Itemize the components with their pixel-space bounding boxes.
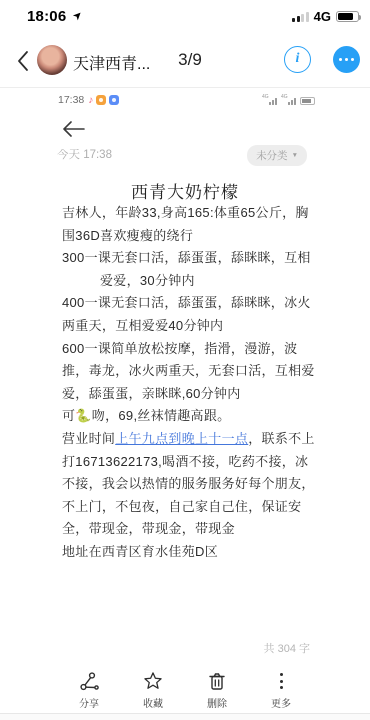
note-line: 300一课无套口活，舔蛋蛋，舔眯眯，互相 (62, 247, 312, 270)
note-line: 600一课简单放松按摩，指滑，漫游，波 (62, 338, 312, 361)
note-text: ，联系不上 (248, 431, 315, 446)
favorite-button[interactable]: 收藏 (127, 668, 179, 714)
viewer-header: 天津西青... 3/9 i (0, 32, 370, 88)
business-hours-link[interactable]: 上午九点到晚上十一点 (115, 431, 248, 446)
network-type: 4G (314, 9, 331, 24)
inner-status-bar: 17:38 ♪ (58, 93, 315, 107)
note-line: 全，带现金，带现金，带现金 (62, 518, 312, 541)
more-label: 更多 (271, 695, 291, 710)
location-arrow-icon: ➤ (70, 8, 86, 24)
note-line: 爱，舔蛋蛋，亲眯眯,60分钟内 (62, 383, 312, 406)
back-button[interactable] (16, 50, 30, 72)
note-title: 西青大奶柠檬 (47, 178, 323, 203)
note-line: 可🐍吻，69,丝袜情趣高跟。 (62, 405, 312, 428)
music-note-icon: ♪ (88, 95, 93, 106)
clock: 18:06 (27, 8, 66, 25)
note-text: 不上门，不包夜，自己家自己住，保证安 (62, 499, 301, 514)
note-back-button[interactable] (60, 118, 86, 140)
battery-icon (336, 11, 359, 22)
status-bar: 18:06 ➤ 4G (0, 0, 370, 32)
screen: 18:06 ➤ 4G 天津西青... 3/9 i 17:38 ♪ (0, 0, 370, 720)
note-body: 吉林人，年龄33,身高165:体重65公斤，胸围36D喜欢瘦瘦的绕行300一课无… (62, 202, 312, 564)
note-line: 推，毒龙，冰火两重天，无套口活，互相爱 (62, 360, 312, 383)
favorite-label: 收藏 (143, 695, 163, 710)
notification-app-icon (96, 95, 106, 105)
note-date: 今天 17:38 (57, 149, 112, 161)
avatar[interactable] (37, 45, 67, 75)
note-text: 不接，我会以热情的服务服务好每个朋友， (62, 476, 315, 491)
note-line: 爱爱，30分钟内 (62, 270, 312, 293)
dot (339, 58, 342, 61)
image-counter: 3/9 (170, 50, 210, 70)
inner-status-right (262, 96, 315, 105)
note-text: 围36D喜欢瘦瘦的绕行 (62, 228, 193, 243)
note-text: 推，毒龙，冰火两重天，无套口活，互相爱 (62, 363, 315, 378)
arrow-left-icon (60, 118, 86, 140)
sim2-signal-icon (281, 96, 296, 105)
note-text: 打16713622173,喝酒不接，吃药不接，冰 (62, 454, 308, 469)
note-more-button[interactable]: 更多 (255, 668, 307, 714)
note-date-wrap: 今天 17:38 (57, 149, 112, 161)
note-text: 地址在西青区育水佳苑D区 (62, 544, 218, 559)
status-indicators: 4G (292, 9, 359, 24)
notification-app-icon (109, 95, 119, 105)
note-text: 400一课无套口活，舔蛋蛋，舔眯眯，冰火 (62, 295, 311, 310)
chevron-down-icon: ▼ (292, 152, 298, 159)
note-toolbar: 分享 收藏 删除 (53, 668, 317, 714)
note-text: 爱爱，30分钟内 (100, 273, 195, 288)
note-line: 围36D喜欢瘦瘦的绕行 (62, 225, 312, 248)
info-button[interactable]: i (284, 46, 311, 73)
sim1-signal-icon (262, 96, 277, 105)
note-line: 吉林人，年龄33,身高165:体重65公斤，胸 (62, 202, 312, 225)
note-text: 300一课无套口活，舔蛋蛋，舔眯眯，互相 (62, 250, 311, 265)
viewed-screenshot[interactable]: 17:38 ♪ 今天 17:38 未分类 ▼ 西青大奶柠檬 (47, 88, 323, 715)
share-label: 分享 (79, 695, 99, 710)
bottom-edge (0, 713, 370, 720)
note-text: 可🐍吻，69,丝袜情趣高跟。 (62, 408, 230, 423)
note-meta-row: 今天 17:38 未分类 ▼ (57, 145, 311, 165)
note-line: 不上门，不包夜，自己家自己住，保证安 (62, 496, 312, 519)
note-line: 两重天，互相爱爱40分钟内 (62, 315, 312, 338)
note-line: 地址在西青区育水佳苑D区 (62, 541, 312, 564)
dot (351, 58, 354, 61)
note-line: 营业时间上午九点到晚上十一点，联系不上 (62, 428, 312, 451)
dot (345, 58, 348, 61)
share-icon (78, 670, 100, 692)
delete-label: 删除 (207, 695, 227, 710)
share-button[interactable]: 分享 (63, 668, 115, 714)
category-label: 未分类 (256, 148, 288, 163)
contact-title: 天津西青... (73, 51, 150, 74)
note-text: 营业时间 (62, 431, 115, 446)
note-text: 600一课简单放松按摩，指滑，漫游，波 (62, 341, 297, 356)
note-line: 400一课无套口活，舔蛋蛋，舔眯眯，冰火 (62, 292, 312, 315)
note-text: 全，带现金，带现金，带现金 (62, 521, 235, 536)
delete-button[interactable]: 删除 (191, 668, 243, 714)
category-selector[interactable]: 未分类 ▼ (247, 145, 307, 166)
note-line: 不接，我会以热情的服务服务好每个朋友， (62, 473, 312, 496)
inner-clock: 17:38 (58, 94, 84, 106)
chevron-left-icon (16, 50, 30, 72)
inner-battery-icon (300, 97, 315, 105)
note-text: 吉林人，年龄33,身高165:体重65公斤，胸 (62, 205, 309, 220)
note-text: 爱，舔蛋蛋，亲眯眯,60分钟内 (62, 386, 241, 401)
note-line: 打16713622173,喝酒不接，吃药不接，冰 (62, 451, 312, 474)
star-icon (142, 670, 164, 692)
more-button[interactable] (333, 46, 360, 73)
cellular-signal-icon (292, 11, 309, 22)
more-vertical-icon (270, 670, 292, 692)
char-count: 共 304 字 (264, 640, 310, 656)
trash-icon (206, 670, 228, 692)
note-text: 两重天，互相爱爱40分钟内 (62, 318, 223, 333)
